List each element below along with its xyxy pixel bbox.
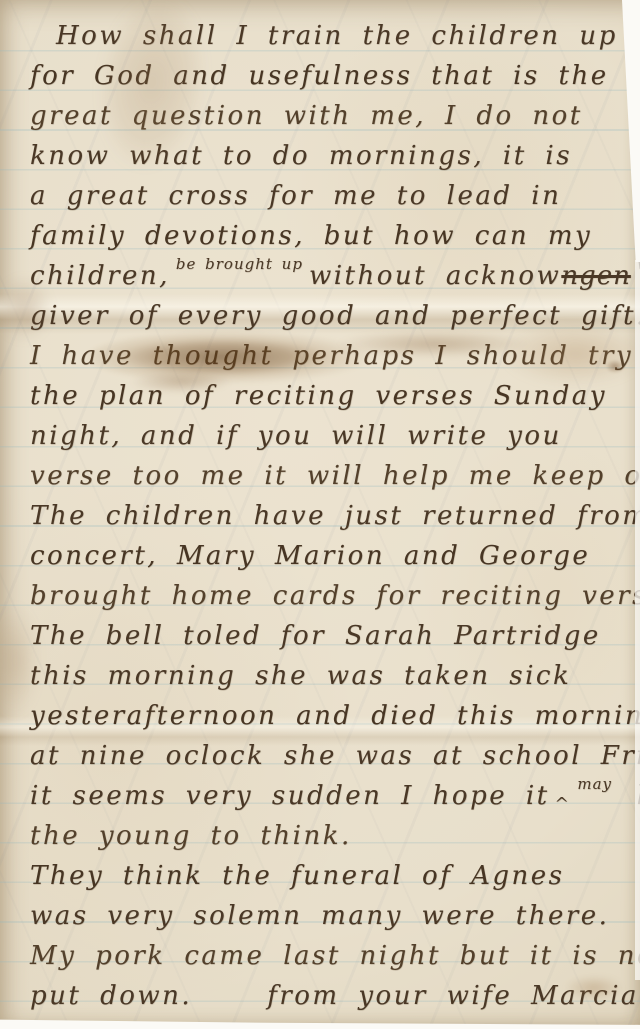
letter-line: great question with me, I do not (30, 96, 636, 136)
letter-line: verse too me it will help me keep on, (30, 456, 636, 496)
line-text: children, (30, 261, 170, 291)
letter-line: the plan of reciting verses Sunday (30, 376, 636, 416)
letter-line: know what to do mornings, it is (30, 136, 636, 176)
letter-line: I have thought perhaps I should try (30, 336, 636, 376)
letter-line: yesterafternoon and died this morning (30, 696, 636, 736)
letter-line: giver of every good and perfect gift. (30, 296, 636, 336)
signature-line: put down. from your wife Marcia S Grenne… (30, 976, 636, 1016)
caret-mark: ^ (555, 794, 572, 814)
letter-line: a great cross for me to lead in (30, 176, 636, 216)
letter-line-with-edits: it seems very sudden I hope it^may lead (30, 776, 636, 816)
letter-line: for God and usefulness that is the (30, 56, 636, 96)
inserted-text-above: may (577, 775, 612, 793)
line-text: without acknow (309, 261, 561, 291)
struck-out-word: ngen (561, 261, 631, 291)
letter-line-with-edits: children,be brought upwithout acknowngen… (30, 256, 636, 296)
letter-line: brought home cards for reciting verses (30, 576, 636, 616)
letter-line: was very solemn many were there. (30, 896, 636, 936)
letter-line: How shall I train the children up (30, 16, 636, 56)
letter-line: The bell toled for Sarah Partridge (30, 616, 636, 656)
letter-scan: How shall I train the children up for Go… (0, 0, 640, 1029)
letter-line: this morning she was taken sick (30, 656, 636, 696)
letter-line: at nine oclock she was at school Friday (30, 736, 636, 776)
letter-text: How shall I train the children up for Go… (0, 0, 640, 1016)
letter-line: the young to think. (30, 816, 636, 856)
letter-line: The children have just returned from (30, 496, 636, 536)
line-text: lead (618, 781, 640, 811)
inserted-text-above: be brought up (176, 255, 303, 273)
letter-line: night, and if you will write you (30, 416, 636, 456)
letter-line: My pork came last night but it is not (30, 936, 636, 976)
letter-line: family devotions, but how can my (30, 216, 636, 256)
letter-line: concert, Mary Marion and George (30, 536, 636, 576)
letter-line: They think the funeral of Agnes (30, 856, 636, 896)
line-text: it seems very sudden I hope it (30, 781, 550, 811)
